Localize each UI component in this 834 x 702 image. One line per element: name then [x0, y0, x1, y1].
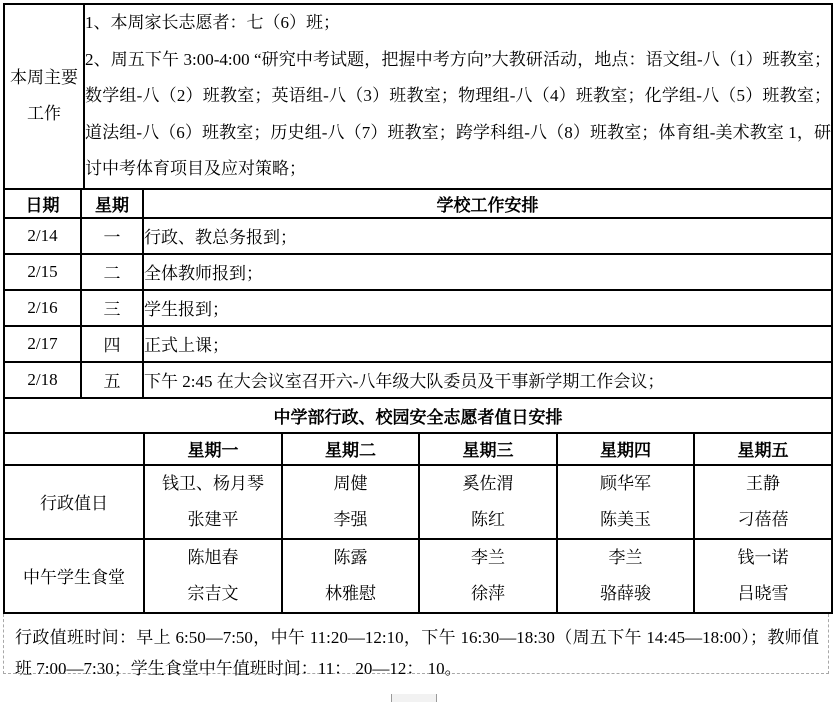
next-table-fragment	[391, 694, 437, 702]
schedule-weekday-cell: 五	[81, 362, 143, 398]
duty-cell: 陈旭春 宗吉文	[144, 539, 282, 613]
schedule-header-date: 日期	[4, 189, 81, 218]
schedule-task-cell: 下午 2:45 在大会议室召开六-八年级大队委员及干事新学期工作会议；	[143, 362, 832, 398]
duty-person: 顾华军	[558, 466, 693, 502]
duty-row-cafeteria: 中午学生食堂 陈旭春 宗吉文 陈露 林雅慰 李兰 徐萍 李兰 骆薛骏 钱一诺 吕…	[4, 539, 832, 613]
schedule-task-cell: 正式上课；	[143, 326, 832, 362]
duty-person: 李兰	[420, 540, 556, 576]
duty-cell: 顾华军 陈美玉	[557, 465, 694, 539]
duty-person: 钱卫、杨月琴	[145, 466, 281, 502]
schedule-weekday-cell: 三	[81, 290, 143, 326]
duty-person: 李兰	[558, 540, 693, 576]
schedule-row: 2/14 一 行政、教总务报到；	[4, 218, 832, 254]
weekly-work-label: 本周主要工作	[4, 4, 84, 189]
duty-header-friday: 星期五	[694, 433, 832, 465]
weekly-work-items: 1、本周家长志愿者：七（6）班； 2、周五下午 3:00-4:00 “研究中考试…	[84, 4, 832, 189]
weekly-work-item-2: 2、周五下午 3:00-4:00 “研究中考试题，把握中考方向”大教研活动，地点…	[85, 42, 831, 188]
schedule-date-cell: 2/15	[4, 254, 81, 290]
duty-person: 徐萍	[420, 576, 556, 612]
duty-person: 林雅慰	[283, 576, 418, 612]
schedule-header-row: 日期 星期 学校工作安排	[4, 189, 832, 218]
schedule-date-cell: 2/14	[4, 218, 81, 254]
duty-person: 陈红	[420, 502, 556, 538]
duty-person: 奚佐渭	[420, 466, 556, 502]
school-schedule-table: 日期 星期 学校工作安排 2/14 一 行政、教总务报到； 2/15 二 全体教…	[3, 188, 833, 399]
duty-row-label: 中午学生食堂	[4, 539, 144, 613]
duty-header-blank	[4, 433, 144, 465]
schedule-task-cell: 行政、教总务报到；	[143, 218, 832, 254]
schedule-date-cell: 2/18	[4, 362, 81, 398]
duty-cell: 奚佐渭 陈红	[419, 465, 557, 539]
duty-row-admin: 行政值日 钱卫、杨月琴 张建平 周健 李强 奚佐渭 陈红 顾华军 陈美玉 王静 …	[4, 465, 832, 539]
schedule-date-cell: 2/16	[4, 290, 81, 326]
duty-person: 吕晓雪	[695, 576, 831, 612]
schedule-task-cell: 全体教师报到；	[143, 254, 832, 290]
duty-person: 骆薛骏	[558, 576, 693, 612]
duty-cell: 周健 李强	[282, 465, 419, 539]
schedule-row: 2/16 三 学生报到；	[4, 290, 832, 326]
schedule-row: 2/17 四 正式上课；	[4, 326, 832, 362]
duty-cell: 钱卫、杨月琴 张建平	[144, 465, 282, 539]
duty-row-label: 行政值日	[4, 465, 144, 539]
duty-person: 周健	[283, 466, 418, 502]
schedule-row: 2/15 二 全体教师报到；	[4, 254, 832, 290]
document-table: 本周主要工作 1、本周家长志愿者：七（6）班； 2、周五下午 3:00-4:00…	[3, 3, 831, 674]
duty-person: 王静	[695, 466, 831, 502]
schedule-header-weekday: 星期	[81, 189, 143, 218]
schedule-weekday-cell: 二	[81, 254, 143, 290]
duty-cell: 陈露 林雅慰	[282, 539, 419, 613]
duty-person: 张建平	[145, 502, 281, 538]
duty-roster-table: 中学部行政、校园安全志愿者值日安排 星期一 星期二 星期三 星期四 星期五 行政…	[3, 397, 833, 614]
weekly-work-item-1: 1、本周家长志愿者：七（6）班；	[85, 5, 831, 42]
duty-header-wednesday: 星期三	[419, 433, 557, 465]
duty-section-title: 中学部行政、校园安全志愿者值日安排	[4, 398, 832, 433]
duty-person: 李强	[283, 502, 418, 538]
duty-hours-note: 行政值班时间：早上 6:50—7:50，中午 11:20—12:10，下午 16…	[3, 614, 829, 674]
duty-person: 陈美玉	[558, 502, 693, 538]
duty-cell: 王静 刁蓓蓓	[694, 465, 832, 539]
duty-cell: 钱一诺 吕晓雪	[694, 539, 832, 613]
schedule-task-cell: 学生报到；	[143, 290, 832, 326]
duty-person: 宗吉文	[145, 576, 281, 612]
duty-header-row: 星期一 星期二 星期三 星期四 星期五	[4, 433, 832, 465]
duty-person: 钱一诺	[695, 540, 831, 576]
duty-header-thursday: 星期四	[557, 433, 694, 465]
duty-person: 陈露	[283, 540, 418, 576]
duty-person: 陈旭春	[145, 540, 281, 576]
weekly-work-section: 本周主要工作 1、本周家长志愿者：七（6）班； 2、周五下午 3:00-4:00…	[3, 3, 833, 190]
duty-title-row: 中学部行政、校园安全志愿者值日安排	[4, 398, 832, 433]
duty-cell: 李兰 骆薛骏	[557, 539, 694, 613]
duty-header-monday: 星期一	[144, 433, 282, 465]
schedule-weekday-cell: 四	[81, 326, 143, 362]
schedule-header-arrangement: 学校工作安排	[143, 189, 832, 218]
schedule-row: 2/18 五 下午 2:45 在大会议室召开六-八年级大队委员及干事新学期工作会…	[4, 362, 832, 398]
duty-cell: 李兰 徐萍	[419, 539, 557, 613]
weekly-work-row: 本周主要工作 1、本周家长志愿者：七（6）班； 2、周五下午 3:00-4:00…	[4, 4, 832, 189]
duty-header-tuesday: 星期二	[282, 433, 419, 465]
schedule-weekday-cell: 一	[81, 218, 143, 254]
duty-person: 刁蓓蓓	[695, 502, 831, 538]
schedule-date-cell: 2/17	[4, 326, 81, 362]
